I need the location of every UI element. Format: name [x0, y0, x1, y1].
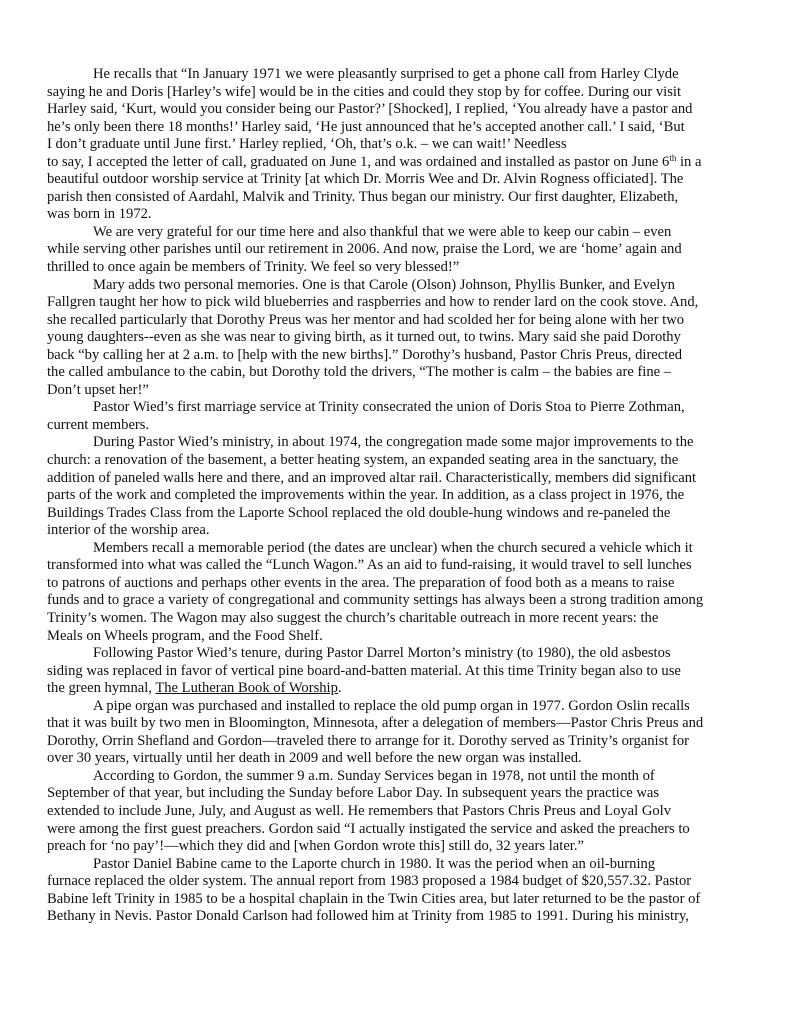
text-line: Bethany in Nevis. Pastor Donald Carlson … [47, 908, 757, 926]
text-line: transformed into what was called the “Lu… [47, 557, 757, 575]
text-segment: to say, I accepted the letter of call, g… [47, 154, 669, 170]
text-line: he’s only been there 18 months!’ Harley … [47, 119, 757, 137]
text-line: Buildings Trades Class from the Laporte … [47, 505, 757, 523]
paragraph-mary-memories: Mary adds two personal memories. One is … [47, 277, 757, 400]
text-line: furnace replaced the older system. The a… [47, 873, 757, 891]
text-line: while serving other parishes until our r… [47, 241, 757, 259]
text-line: funds and to grace a variety of congrega… [47, 592, 757, 610]
text-line: Mary adds two personal memories. One is … [47, 277, 757, 295]
text-line: During Pastor Wied’s ministry, in about … [47, 434, 757, 452]
text-line: Don’t upset her!” [47, 382, 757, 400]
paragraph-babine: Pastor Daniel Babine came to the Laporte… [47, 856, 757, 926]
text-line: over 30 years, virtually until her death… [47, 750, 757, 768]
text-line: Dorothy, Orrin Shefland and Gordon—trave… [47, 733, 757, 751]
document-page: He recalls that “In January 1971 we were… [47, 66, 757, 926]
text-line: September of that year, but including th… [47, 785, 757, 803]
paragraph-morton-ministry: Following Pastor Wied’s tenure, during P… [47, 645, 757, 698]
text-segment: the green hymnal, [47, 680, 155, 696]
text-line: current members. [47, 417, 757, 435]
text-line: He recalls that “In January 1971 we were… [47, 66, 757, 84]
text-line: was born in 1972. [47, 206, 757, 224]
paragraph-summer-services: According to Gordon, the summer 9 a.m. S… [47, 768, 757, 856]
text-line: parish then consisted of Aardahl, Malvik… [47, 189, 757, 207]
text-line: Following Pastor Wied’s tenure, during P… [47, 645, 757, 663]
text-line: Meals on Wheels program, and the Food Sh… [47, 628, 757, 646]
text-line: I don’t graduate until June first.’ Harl… [47, 136, 757, 154]
text-line: A pipe organ was purchased and installed… [47, 698, 757, 716]
text-line: church: a renovation of the basement, a … [47, 452, 757, 470]
text-line: were among the first guest preachers. Go… [47, 821, 757, 839]
paragraph-marriage-service: Pastor Wied’s first marriage service at … [47, 399, 757, 434]
text-line: back “by calling her at 2 a.m. to [help … [47, 347, 757, 365]
text-line: siding was replaced in favor of vertical… [47, 663, 757, 681]
text-line: to patrons of auctions and perhaps other… [47, 575, 757, 593]
text-line: young daughters--even as she was near to… [47, 329, 757, 347]
text-line: Babine left Trinity in 1985 to be a hosp… [47, 891, 757, 909]
text-line: Fallgren taught her how to pick wild blu… [47, 294, 757, 312]
text-line: addition of paneled walls here and there… [47, 470, 757, 488]
text-line: Harley said, ‘Kurt, would you consider b… [47, 101, 757, 119]
text-line: We are very grateful for our time here a… [47, 224, 757, 242]
text-line: saying he and Doris [Harley’s wife] woul… [47, 84, 757, 102]
paragraph-improvements: During Pastor Wied’s ministry, in about … [47, 434, 757, 539]
paragraph-lunch-wagon: Members recall a memorable period (the d… [47, 540, 757, 645]
text-line: According to Gordon, the summer 9 a.m. S… [47, 768, 757, 786]
paragraph-grateful: We are very grateful for our time here a… [47, 224, 757, 277]
text-line: to say, I accepted the letter of call, g… [47, 154, 757, 172]
text-line: thrilled to once again be members of Tri… [47, 259, 757, 277]
text-line: extended to include June, July, and Augu… [47, 803, 757, 821]
text-line: she recalled particularly that Dorothy P… [47, 312, 757, 330]
text-line: the called ambulance to the cabin, but D… [47, 364, 757, 382]
text-line: Members recall a memorable period (the d… [47, 540, 757, 558]
text-line: Trinity’s women. The Wagon may also sugg… [47, 610, 757, 628]
text-segment: . [338, 680, 342, 696]
text-line: beautiful outdoor worship service at Tri… [47, 171, 757, 189]
text-segment: in a [676, 154, 701, 170]
paragraph-harley-call: He recalls that “In January 1971 we were… [47, 66, 757, 224]
hymnal-title: The Lutheran Book of Worship [155, 680, 338, 696]
text-line: interior of the worship area. [47, 522, 757, 540]
text-line: preach for ‘no pay’!—which they did and … [47, 838, 757, 856]
text-line: Pastor Wied’s first marriage service at … [47, 399, 757, 417]
text-line: parts of the work and completed the impr… [47, 487, 757, 505]
text-line: the green hymnal, The Lutheran Book of W… [47, 680, 757, 698]
text-line: that it was built by two men in Blooming… [47, 715, 757, 733]
paragraph-pipe-organ: A pipe organ was purchased and installed… [47, 698, 757, 768]
text-line: Pastor Daniel Babine came to the Laporte… [47, 856, 757, 874]
